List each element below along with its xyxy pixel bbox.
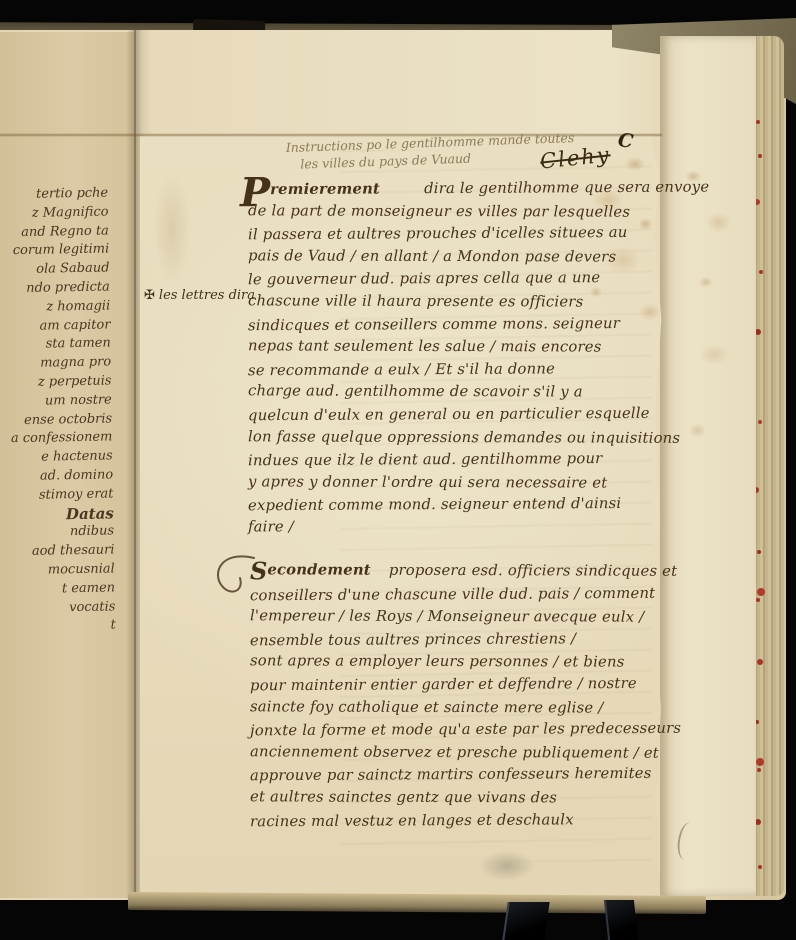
- paragraph-first-line: Secondementproposera esd. officiers sind…: [250, 559, 668, 584]
- manuscript-line: l'empereur / les Roys / Monseigneur avec…: [250, 605, 668, 629]
- manuscript-line: faire /: [248, 516, 652, 540]
- manuscript-line: le gouverneur dud. pais apres cella que …: [248, 267, 652, 292]
- manuscript-photo: tertio pche z Magnifico and Regno ta cor…: [0, 0, 796, 940]
- manuscript-line: sindicques et conseillers comme mons. se…: [248, 312, 652, 337]
- corner-letter-mark: C: [617, 129, 635, 153]
- manuscript-line: indues que ilz le dient aud. gentilhomme…: [248, 448, 652, 473]
- paragraph-initial-word: Secondement: [250, 559, 371, 583]
- manuscript-line: se recommande a eulx / Et s'il ha donne: [248, 358, 652, 383]
- paragraph-secondement: Secondementproposera esd. officiers sind…: [250, 560, 668, 832]
- manuscript-line: et aultres sainctes gentz que vivans des: [250, 786, 668, 810]
- manuscript-line: il passera et aultres prouches d'icelles…: [248, 222, 652, 247]
- paragraph-first-line-rest: dira le gentilhomme que sera envoye: [424, 178, 709, 197]
- left-page-sliver: tertio pche z Magnifico and Regno ta cor…: [0, 32, 134, 898]
- left-page-line: vocatis: [0, 598, 116, 620]
- fore-edge-stack: [752, 36, 784, 896]
- manuscript-line: racines mal vestuz en langes et deschaul…: [250, 808, 668, 833]
- manuscript-line: ensemble tous aultres princes chrestiens…: [250, 628, 668, 653]
- manuscript-line: de la part de monseigneur es villes par …: [248, 200, 652, 224]
- glossy-reflection: [502, 902, 549, 940]
- manuscript-line: sont apres a employer leurs personnes / …: [250, 651, 668, 675]
- manuscript-line: anciennement observez et presche publiqu…: [250, 741, 668, 765]
- manuscript-line: saincte foy catholique et saincte mere e…: [250, 696, 668, 720]
- blank-page-behind: [660, 36, 756, 896]
- left-page-line: t: [0, 617, 116, 639]
- manuscript-line: chascune ville il haura presente es offi…: [248, 290, 652, 314]
- manuscript-line: pais de Vaud / en allant / a Mondon pase…: [248, 245, 652, 269]
- manuscript-line: charge aud. gentilhomme de scavoir s'il …: [248, 381, 652, 405]
- manuscript-line: conseillers d'une chascune ville dud. pa…: [250, 582, 668, 607]
- manuscript-line: quelcun d'eulx en general ou en particul…: [248, 403, 652, 428]
- margin-note: ✠les lettres dira: [144, 288, 255, 303]
- manuscript-line: y apres y donner l'ordre qui sera necess…: [248, 471, 652, 495]
- paragraph-first-line: Premierementdira le gentilhomme que sera…: [248, 177, 652, 202]
- manuscript-line: approuve par sainctz martirs confesseurs…: [250, 763, 668, 788]
- glossy-reflection: [604, 900, 638, 940]
- left-page-text-column: tertio pche z Magnifico and Regno ta cor…: [0, 184, 116, 638]
- manuscript-line: pour maintenir entier garder et deffendr…: [250, 673, 668, 698]
- red-edge-speckles: [756, 120, 760, 124]
- manuscript-line: jonxte la forme et mode qu'a este par le…: [250, 718, 668, 743]
- cross-marker-icon: ✠: [144, 288, 155, 303]
- manuscript-line: expedient comme mond. seigneur entend d'…: [248, 493, 652, 518]
- margin-note-text: les lettres dira: [159, 288, 255, 303]
- manuscript-line: lon fasse quelque oppressions demandes o…: [248, 426, 652, 450]
- paragraph-initial-word: Premierement: [248, 178, 380, 201]
- manuscript-line: nepas tant seulement les salue / mais en…: [248, 335, 652, 359]
- paragraph-premierement: Premierementdira le gentilhomme que sera…: [248, 178, 652, 540]
- gutter-fold-line: [134, 30, 136, 898]
- paragraph-first-line-rest: proposera esd. officiers sindicques et: [389, 562, 678, 580]
